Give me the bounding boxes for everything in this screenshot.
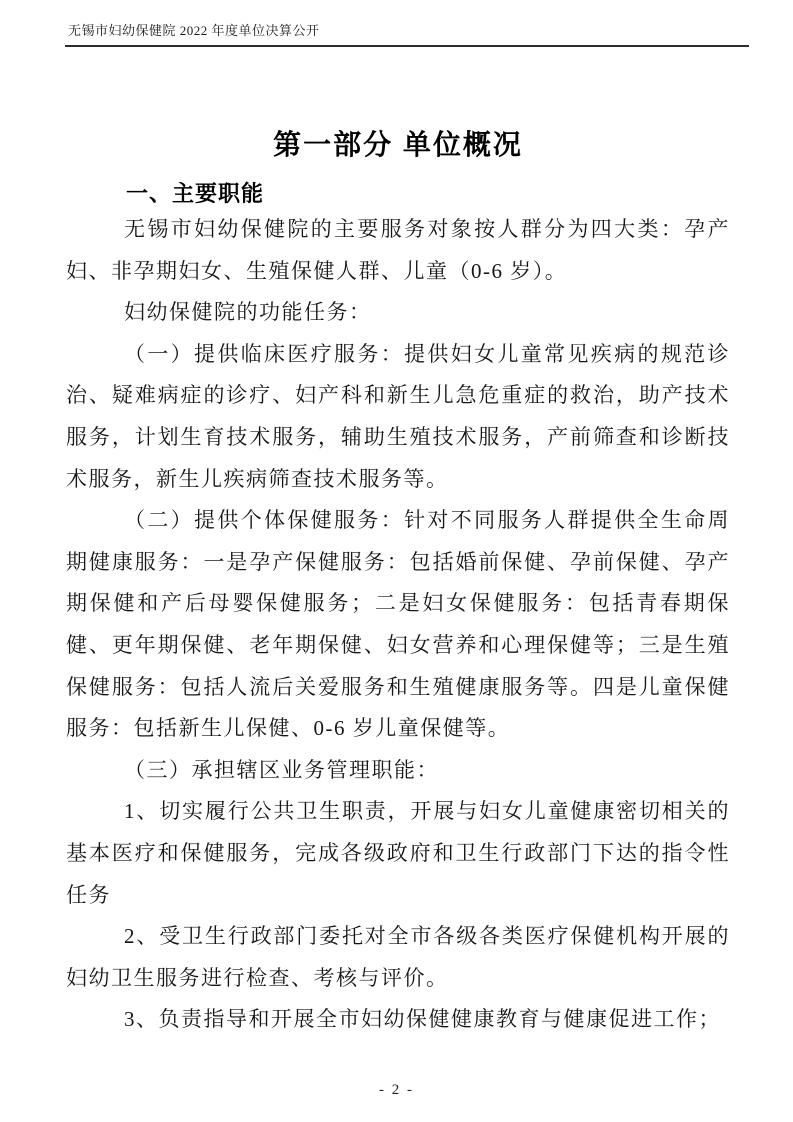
paragraph-list: 无锡市妇幼保健院的主要服务对象按人群分为四大类：孕产妇、非孕期妇女、生殖保健人群… <box>66 209 730 1041</box>
body-paragraph: 1、切实履行公共卫生职责，开展与妇女儿童健康密切相关的基本医疗和保健服务，完成各… <box>66 791 730 916</box>
section-heading: 一、主要职能 <box>66 179 730 209</box>
body-paragraph: （一）提供临床医疗服务：提供妇女儿童常见疾病的规范诊治、疑难病症的诊疗、妇产科和… <box>66 334 730 500</box>
page-number: - 2 - <box>0 1082 793 1099</box>
body-paragraph: 3、负责指导和开展全市妇幼保健健康教育与健康促进工作； <box>66 999 730 1041</box>
document-body: 第一部分 单位概况 一、主要职能 无锡市妇幼保健院的主要服务对象按人群分为四大类… <box>66 0 730 1041</box>
body-paragraph: 2、受卫生行政部门委托对全市各级各类医疗保健机构开展的妇幼卫生服务进行检查、考核… <box>66 916 730 999</box>
body-paragraph: （二）提供个体保健服务：针对不同服务人群提供全生命周期健康服务：一是孕产保健服务… <box>66 500 730 750</box>
body-paragraph: （三）承担辖区业务管理职能： <box>66 750 730 792</box>
body-paragraph: 无锡市妇幼保健院的主要服务对象按人群分为四大类：孕产妇、非孕期妇女、生殖保健人群… <box>66 209 730 292</box>
body-paragraph: 妇幼保健院的功能任务： <box>66 292 730 334</box>
document-page: 无锡市妇幼保健院 2022 年度单位决算公开 第一部分 单位概况 一、主要职能 … <box>0 0 793 1122</box>
document-title: 第一部分 单位概况 <box>66 127 730 163</box>
